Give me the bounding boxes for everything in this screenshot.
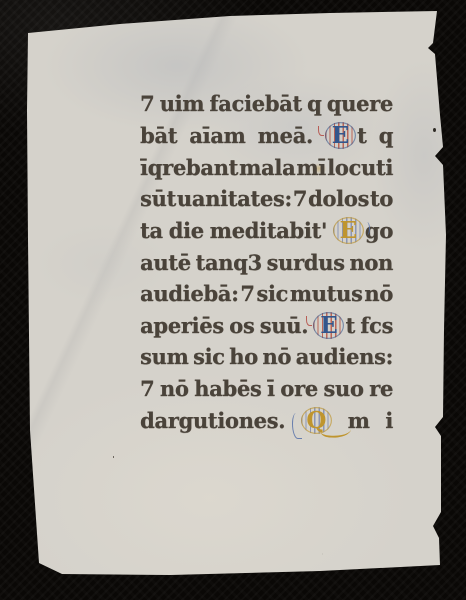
parchment-specks xyxy=(433,128,436,132)
word: uim xyxy=(160,91,205,116)
manuscript-line: 7uimfaciebātqquere xyxy=(140,88,393,120)
manuscript-line: bātaīammeā.Etq xyxy=(140,120,393,152)
word: dolos xyxy=(308,186,369,211)
text-block: 7uimfaciebātqquerebātaīammeā.Etqīqrebant… xyxy=(140,88,393,436)
word: faciebāt xyxy=(209,91,301,116)
manuscript-line: sumsichonōaudiens: xyxy=(140,341,393,373)
word: 7 xyxy=(240,281,254,306)
word: suo xyxy=(323,376,363,401)
word: locuti xyxy=(327,155,393,180)
word: to xyxy=(370,186,393,211)
initial-word: Ego xyxy=(333,217,393,244)
word: ore xyxy=(280,376,318,401)
word: t xyxy=(345,313,354,338)
word: tanq3 xyxy=(195,250,261,275)
word: i xyxy=(385,408,393,433)
illuminated-initial-e: E xyxy=(313,312,344,339)
word: surdus xyxy=(267,250,345,275)
word: mala xyxy=(239,155,295,180)
word: īqrebant xyxy=(140,155,238,180)
word: ho xyxy=(229,344,258,369)
word: autē xyxy=(140,250,191,275)
manuscript-line: audiebā:7sicmutusnō xyxy=(140,278,393,310)
word: q xyxy=(307,91,321,116)
word: habēs xyxy=(194,376,261,401)
word: non xyxy=(349,250,393,275)
word: q xyxy=(379,123,393,148)
word: sūt xyxy=(140,186,176,211)
word: ī xyxy=(267,376,275,401)
word: nō xyxy=(364,281,393,306)
word: audiens: xyxy=(296,344,393,369)
word: ta xyxy=(140,218,163,243)
word: mī xyxy=(296,155,326,180)
word: aīam xyxy=(189,123,245,148)
word: uanitates: xyxy=(177,186,292,211)
manuscript-line: sūtuanitates:7dolosto xyxy=(140,183,393,215)
word: sic xyxy=(256,281,288,306)
illuminated-initial-e: E xyxy=(325,122,356,149)
word: meditabit' xyxy=(210,218,327,243)
word: sic xyxy=(193,344,225,369)
word: os xyxy=(229,313,254,338)
manuscript-line: autētanq3surdusnon xyxy=(140,246,393,278)
word: re xyxy=(369,376,393,401)
word: nō xyxy=(160,376,189,401)
manuscript-line: dargutiones.Qmi xyxy=(140,404,393,436)
word: dargutiones. xyxy=(140,408,285,433)
word: meā. xyxy=(258,123,313,148)
illuminated-initial-q: Q xyxy=(301,407,332,434)
word: aperiēs xyxy=(140,313,224,338)
word: 7 xyxy=(140,91,154,116)
initial-word: Q xyxy=(301,407,332,434)
word: bāt xyxy=(140,123,177,148)
manuscript-line: tadiemeditabit'Ego xyxy=(140,215,393,247)
manuscript-photo: 7uimfaciebātqquerebātaīammeā.Etqīqrebant… xyxy=(0,0,466,600)
word: mutus xyxy=(290,281,363,306)
word: t xyxy=(357,123,366,148)
parchment-leaf: 7uimfaciebātqquerebātaīammeā.Etqīqrebant… xyxy=(0,0,466,600)
word: 7 xyxy=(293,186,307,211)
word: fcs xyxy=(360,313,393,338)
initial-word: Et xyxy=(313,312,354,339)
word: quere xyxy=(327,91,393,116)
word: sum xyxy=(140,344,188,369)
manuscript-line: 7nōhabēsīoresuore xyxy=(140,373,393,405)
word: suū. xyxy=(260,313,308,338)
manuscript-line: aperiēsossuū.Etfcs xyxy=(140,309,393,341)
word: audiebā: xyxy=(140,281,239,306)
word: die xyxy=(169,218,204,243)
initial-word: Et xyxy=(325,122,366,149)
manuscript-line: īqrebantmalamīlocuti xyxy=(140,151,393,183)
word: nō xyxy=(262,344,291,369)
word: 7 xyxy=(140,376,154,401)
illuminated-initial-e: E xyxy=(333,217,364,244)
